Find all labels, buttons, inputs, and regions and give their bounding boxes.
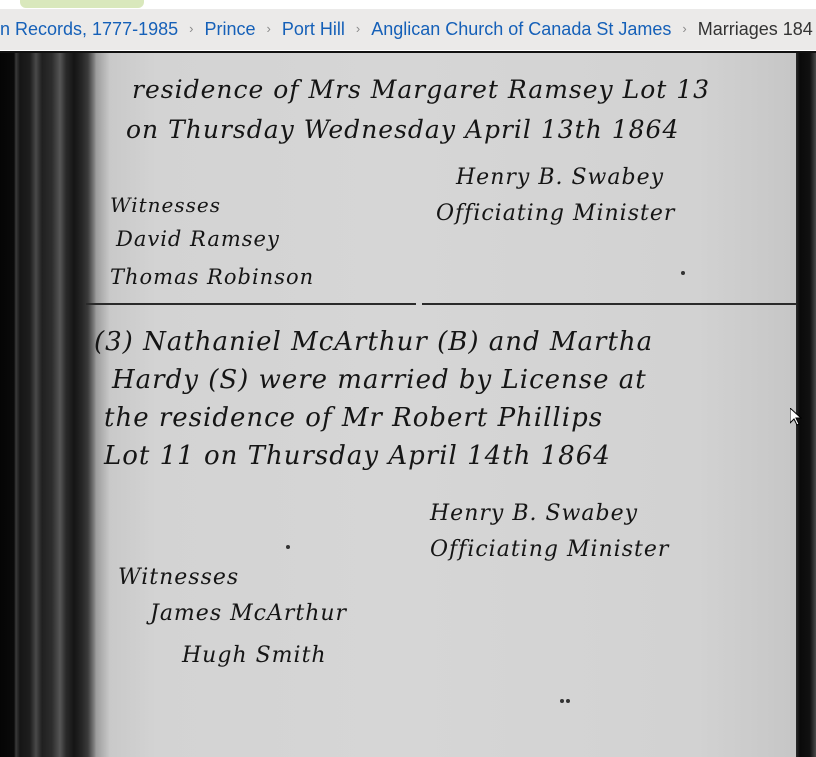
entry3-line3: the residence of Mr Robert Phillips [104,403,603,433]
breadcrumb-current: Marriages 184 [698,19,813,40]
register-page: residence of Mrs Margaret Ramsey Lot 13 … [96,53,796,757]
chevron-right-icon: › [267,21,271,36]
entry-prev-officiant: Henry B. Swabey [456,165,664,190]
book-spine [0,53,98,757]
entry3-witnesses-label: Witnesses [118,565,239,590]
chevron-right-icon: › [682,21,686,36]
entry-divider [422,303,802,305]
breadcrumb-locality[interactable]: Port Hill [282,19,345,40]
entry3-witness1: James McArthur [150,601,347,626]
top-tab[interactable] [20,0,144,8]
entry3-officiant: Henry B. Swabey [430,501,638,526]
breadcrumb-county[interactable]: Prince [204,19,255,40]
entry3-officiant-title: Officiating Minister [430,537,669,562]
entry-prev-line2: on Thursday Wednesday April 13th 1864 [126,115,679,144]
breadcrumb: n Records, 1777-1985 › Prince › Port Hil… [0,9,816,50]
entry-prev-witness1: David Ramsey [116,227,280,251]
chevron-right-icon: › [356,21,360,36]
ink-spot [566,699,570,703]
entry-prev-witness2: Thomas Robinson [110,265,314,289]
ink-spot [681,271,685,275]
ink-spot [286,545,290,549]
entry3-line4: Lot 11 on Thursday April 14th 1864 [104,441,611,471]
entry-divider [86,303,416,305]
chevron-right-icon: › [189,21,193,36]
entry3-line2: Hardy (S) were married by License at [112,365,647,395]
breadcrumb-collection[interactable]: n Records, 1777-1985 [0,19,178,40]
breadcrumb-church[interactable]: Anglican Church of Canada St James [371,19,671,40]
image-viewer[interactable]: residence of Mrs Margaret Ramsey Lot 13 … [0,51,816,757]
entry-prev-witnesses-label: Witnesses [110,193,221,217]
page-edge [796,53,816,757]
entry3-witness2: Hugh Smith [182,643,327,668]
entry3-line1: (3) Nathaniel McArthur (B) and Martha [94,327,653,357]
entry-prev-officiant-title: Officiating Minister [436,201,675,226]
ink-spot [560,699,564,703]
entry-prev-line1: residence of Mrs Margaret Ramsey Lot 13 [132,75,710,104]
